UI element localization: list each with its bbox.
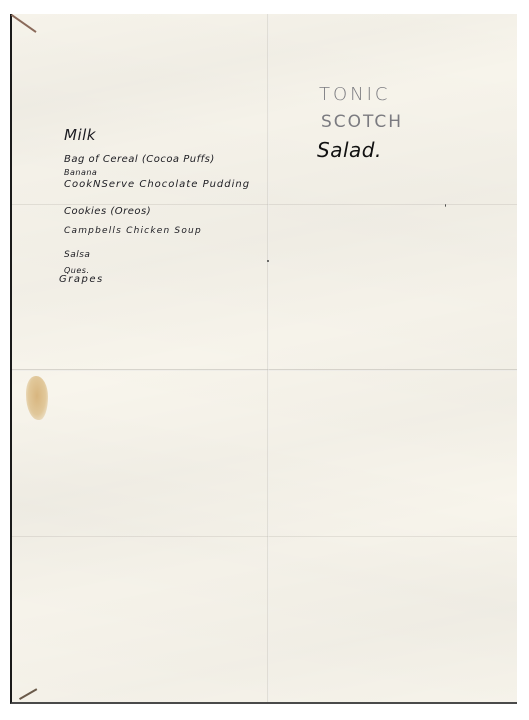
corner-crease-top-left	[11, 14, 37, 33]
fold-line-upper	[12, 204, 517, 205]
ink-speck	[267, 260, 269, 262]
list-item: Banana	[64, 168, 97, 177]
list-item: Campbells Chicken Soup	[64, 226, 202, 236]
list-item: TONIC	[319, 84, 391, 105]
list-item: SCOTCH	[321, 112, 403, 132]
fold-line-lower	[12, 536, 517, 537]
list-item: Grapes	[59, 274, 104, 285]
list-item: Bag of Cereal (Cocoa Puffs)	[64, 154, 215, 165]
coffee-stain	[26, 376, 48, 420]
list-item: Milk	[64, 126, 96, 144]
corner-crease-bottom-left	[19, 688, 37, 700]
fold-line-center-vertical	[267, 14, 269, 702]
ink-speck	[445, 204, 446, 207]
paper-sheet: Milk Bag of Cereal (Cocoa Puffs) Banana …	[10, 14, 517, 704]
list-item: Salsa	[64, 250, 90, 260]
fold-line-center-horizontal	[12, 369, 517, 371]
list-item: Salad.	[317, 138, 382, 162]
list-item: Cookies (Oreos)	[64, 206, 151, 217]
list-item: CookNServe Chocolate Pudding	[64, 179, 250, 190]
